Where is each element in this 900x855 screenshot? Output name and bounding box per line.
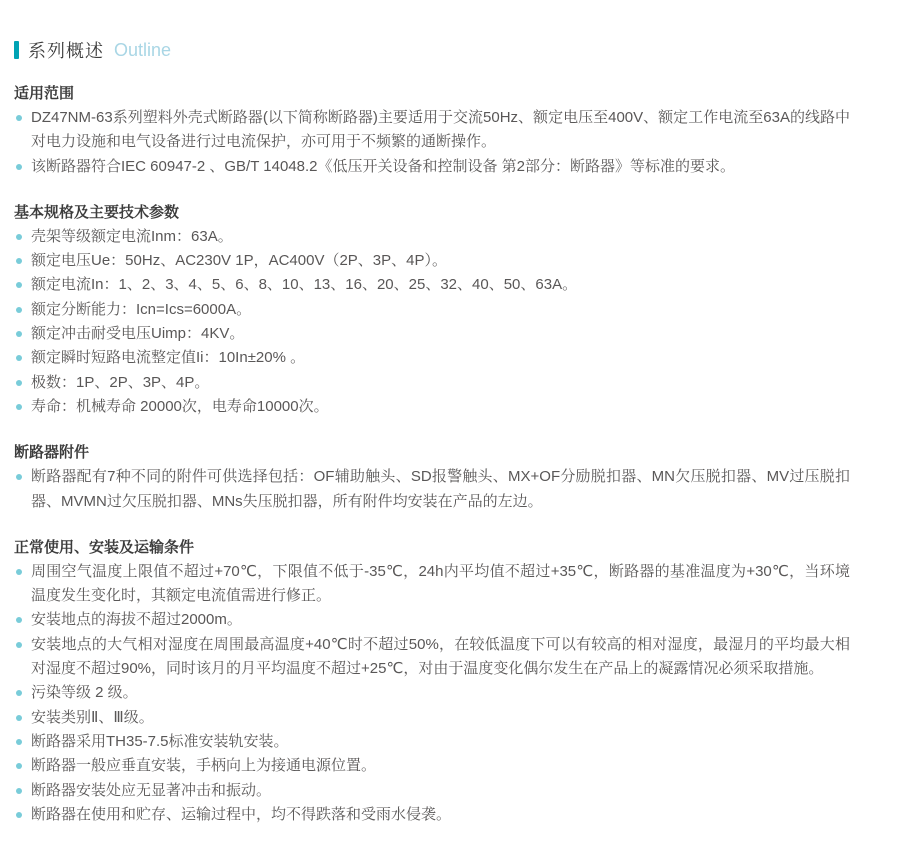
content-sections: 适用范围DZ47NM-63系列塑料外壳式断路器(以下简称断路器)主要适用于交流5… <box>14 82 850 827</box>
section: 正常使用、安装及运输条件周围空气温度上限值不超过+70℃，下限值不低于-35℃，… <box>14 536 850 827</box>
list-item-text: 极数：1P、2P、3P、4P。 <box>31 374 209 391</box>
list-item-text: 污染等级 2 级。 <box>31 684 138 701</box>
list-item-text: 断路器一般应垂直安装，手柄向上为接通电源位置。 <box>31 757 376 774</box>
section-heading: 断路器附件 <box>14 441 850 465</box>
list-item-text: 额定电流In：1、2、3、4、5、6、8、10、13、16、20、25、32、4… <box>31 276 577 293</box>
list-item: 额定冲击耐受电压Uimp：4KV。 <box>14 322 850 346</box>
bullet-icon <box>16 355 22 361</box>
bullet-icon <box>16 763 22 769</box>
bullet-icon <box>16 642 22 648</box>
list-item-text: 断路器采用TH35-7.5标准安装轨安装。 <box>31 733 289 750</box>
section: 适用范围DZ47NM-63系列塑料外壳式断路器(以下简称断路器)主要适用于交流5… <box>14 82 850 179</box>
list-item-text: 寿命：机械寿命 20000次，电寿命10000次。 <box>31 398 329 415</box>
section-heading: 适用范围 <box>14 82 850 106</box>
list-item: 断路器采用TH35-7.5标准安装轨安装。 <box>14 730 850 754</box>
bullet-icon <box>16 307 22 313</box>
accent-bar-icon <box>14 41 19 59</box>
list-item: 壳架等级额定电流Inm：63A。 <box>14 225 850 249</box>
list-item-text: 额定分断能力：Icn=Ics=6000A。 <box>31 301 251 318</box>
list-item: 安装地点的大气相对湿度在周围最高温度+40℃时不超过50%，在较低温度下可以有较… <box>14 633 850 682</box>
section-heading: 基本规格及主要技术参数 <box>14 201 850 225</box>
page-title: 系列概述 <box>28 37 104 63</box>
list-item: DZ47NM-63系列塑料外壳式断路器(以下简称断路器)主要适用于交流50Hz、… <box>14 106 850 155</box>
list-item: 断路器安装处应无显著冲击和振动。 <box>14 779 850 803</box>
list-item: 该断路器符合IEC 60947-2 、GB/T 14048.2《低压开关设备和控… <box>14 155 850 179</box>
bullet-icon <box>16 258 22 264</box>
section-heading: 正常使用、安装及运输条件 <box>14 536 850 560</box>
bullet-icon <box>16 474 22 480</box>
list-item-text: 安装地点的大气相对湿度在周围最高温度+40℃时不超过50%，在较低温度下可以有较… <box>31 636 850 677</box>
list-item-text: 额定电压Ue：50Hz、AC230V 1P，AC400V（2P、3P、4P）。 <box>31 252 447 269</box>
bullet-icon <box>16 234 22 240</box>
list-item-text: 断路器配有7种不同的附件可供选择包括：OF辅助触头、SD报警触头、MX+OF分励… <box>31 468 850 509</box>
list-item-text: 安装地点的海拔不超过2000m。 <box>31 611 242 628</box>
list-item-text: 额定瞬时短路电流整定值Ii：10In±20% 。 <box>31 349 305 366</box>
list-item: 污染等级 2 级。 <box>14 681 850 705</box>
list-item: 额定电压Ue：50Hz、AC230V 1P，AC400V（2P、3P、4P）。 <box>14 249 850 273</box>
list-item: 周围空气温度上限值不超过+70℃，下限值不低于-35℃，24h内平均值不超过+3… <box>14 560 850 609</box>
list-item-text: DZ47NM-63系列塑料外壳式断路器(以下简称断路器)主要适用于交流50Hz、… <box>31 109 850 150</box>
list-item: 额定分断能力：Icn=Ics=6000A。 <box>14 298 850 322</box>
section-list: 周围空气温度上限值不超过+70℃，下限值不低于-35℃，24h内平均值不超过+3… <box>14 560 850 827</box>
bullet-icon <box>16 739 22 745</box>
bullet-icon <box>16 569 22 575</box>
bullet-icon <box>16 715 22 721</box>
page-subtitle: Outline <box>114 40 171 61</box>
bullet-icon <box>16 690 22 696</box>
section-list: 壳架等级额定电流Inm：63A。额定电压Ue：50Hz、AC230V 1P，AC… <box>14 225 850 419</box>
list-item: 寿命：机械寿命 20000次，电寿命10000次。 <box>14 395 850 419</box>
bullet-icon <box>16 164 22 170</box>
section-list: DZ47NM-63系列塑料外壳式断路器(以下简称断路器)主要适用于交流50Hz、… <box>14 106 850 179</box>
list-item: 安装类别Ⅱ、Ⅲ级。 <box>14 706 850 730</box>
bullet-icon <box>16 812 22 818</box>
list-item-text: 断路器安装处应无显著冲击和振动。 <box>31 782 271 799</box>
list-item-text: 壳架等级额定电流Inm：63A。 <box>31 228 233 245</box>
list-item: 断路器配有7种不同的附件可供选择包括：OF辅助触头、SD报警触头、MX+OF分励… <box>14 465 850 514</box>
bullet-icon <box>16 331 22 337</box>
bullet-icon <box>16 282 22 288</box>
list-item: 额定瞬时短路电流整定值Ii：10In±20% 。 <box>14 346 850 370</box>
section: 断路器附件断路器配有7种不同的附件可供选择包括：OF辅助触头、SD报警触头、MX… <box>14 441 850 514</box>
page-header: 系列概述 Outline <box>14 40 850 60</box>
document-page: 系列概述 Outline 适用范围DZ47NM-63系列塑料外壳式断路器(以下简… <box>0 0 900 827</box>
list-item-text: 该断路器符合IEC 60947-2 、GB/T 14048.2《低压开关设备和控… <box>31 158 735 175</box>
section: 基本规格及主要技术参数壳架等级额定电流Inm：63A。额定电压Ue：50Hz、A… <box>14 201 850 419</box>
list-item-text: 安装类别Ⅱ、Ⅲ级。 <box>31 709 154 726</box>
list-item-text: 额定冲击耐受电压Uimp：4KV。 <box>31 325 244 342</box>
bullet-icon <box>16 404 22 410</box>
list-item: 安装地点的海拔不超过2000m。 <box>14 608 850 632</box>
list-item: 断路器在使用和贮存、运输过程中，均不得跌落和受雨水侵袭。 <box>14 803 850 827</box>
list-item-text: 断路器在使用和贮存、运输过程中，均不得跌落和受雨水侵袭。 <box>31 806 451 823</box>
list-item: 极数：1P、2P、3P、4P。 <box>14 371 850 395</box>
section-list: 断路器配有7种不同的附件可供选择包括：OF辅助触头、SD报警触头、MX+OF分励… <box>14 465 850 514</box>
list-item: 断路器一般应垂直安装，手柄向上为接通电源位置。 <box>14 754 850 778</box>
bullet-icon <box>16 788 22 794</box>
list-item: 额定电流In：1、2、3、4、5、6、8、10、13、16、20、25、32、4… <box>14 273 850 297</box>
bullet-icon <box>16 380 22 386</box>
bullet-icon <box>16 115 22 121</box>
bullet-icon <box>16 617 22 623</box>
list-item-text: 周围空气温度上限值不超过+70℃，下限值不低于-35℃，24h内平均值不超过+3… <box>31 563 850 604</box>
